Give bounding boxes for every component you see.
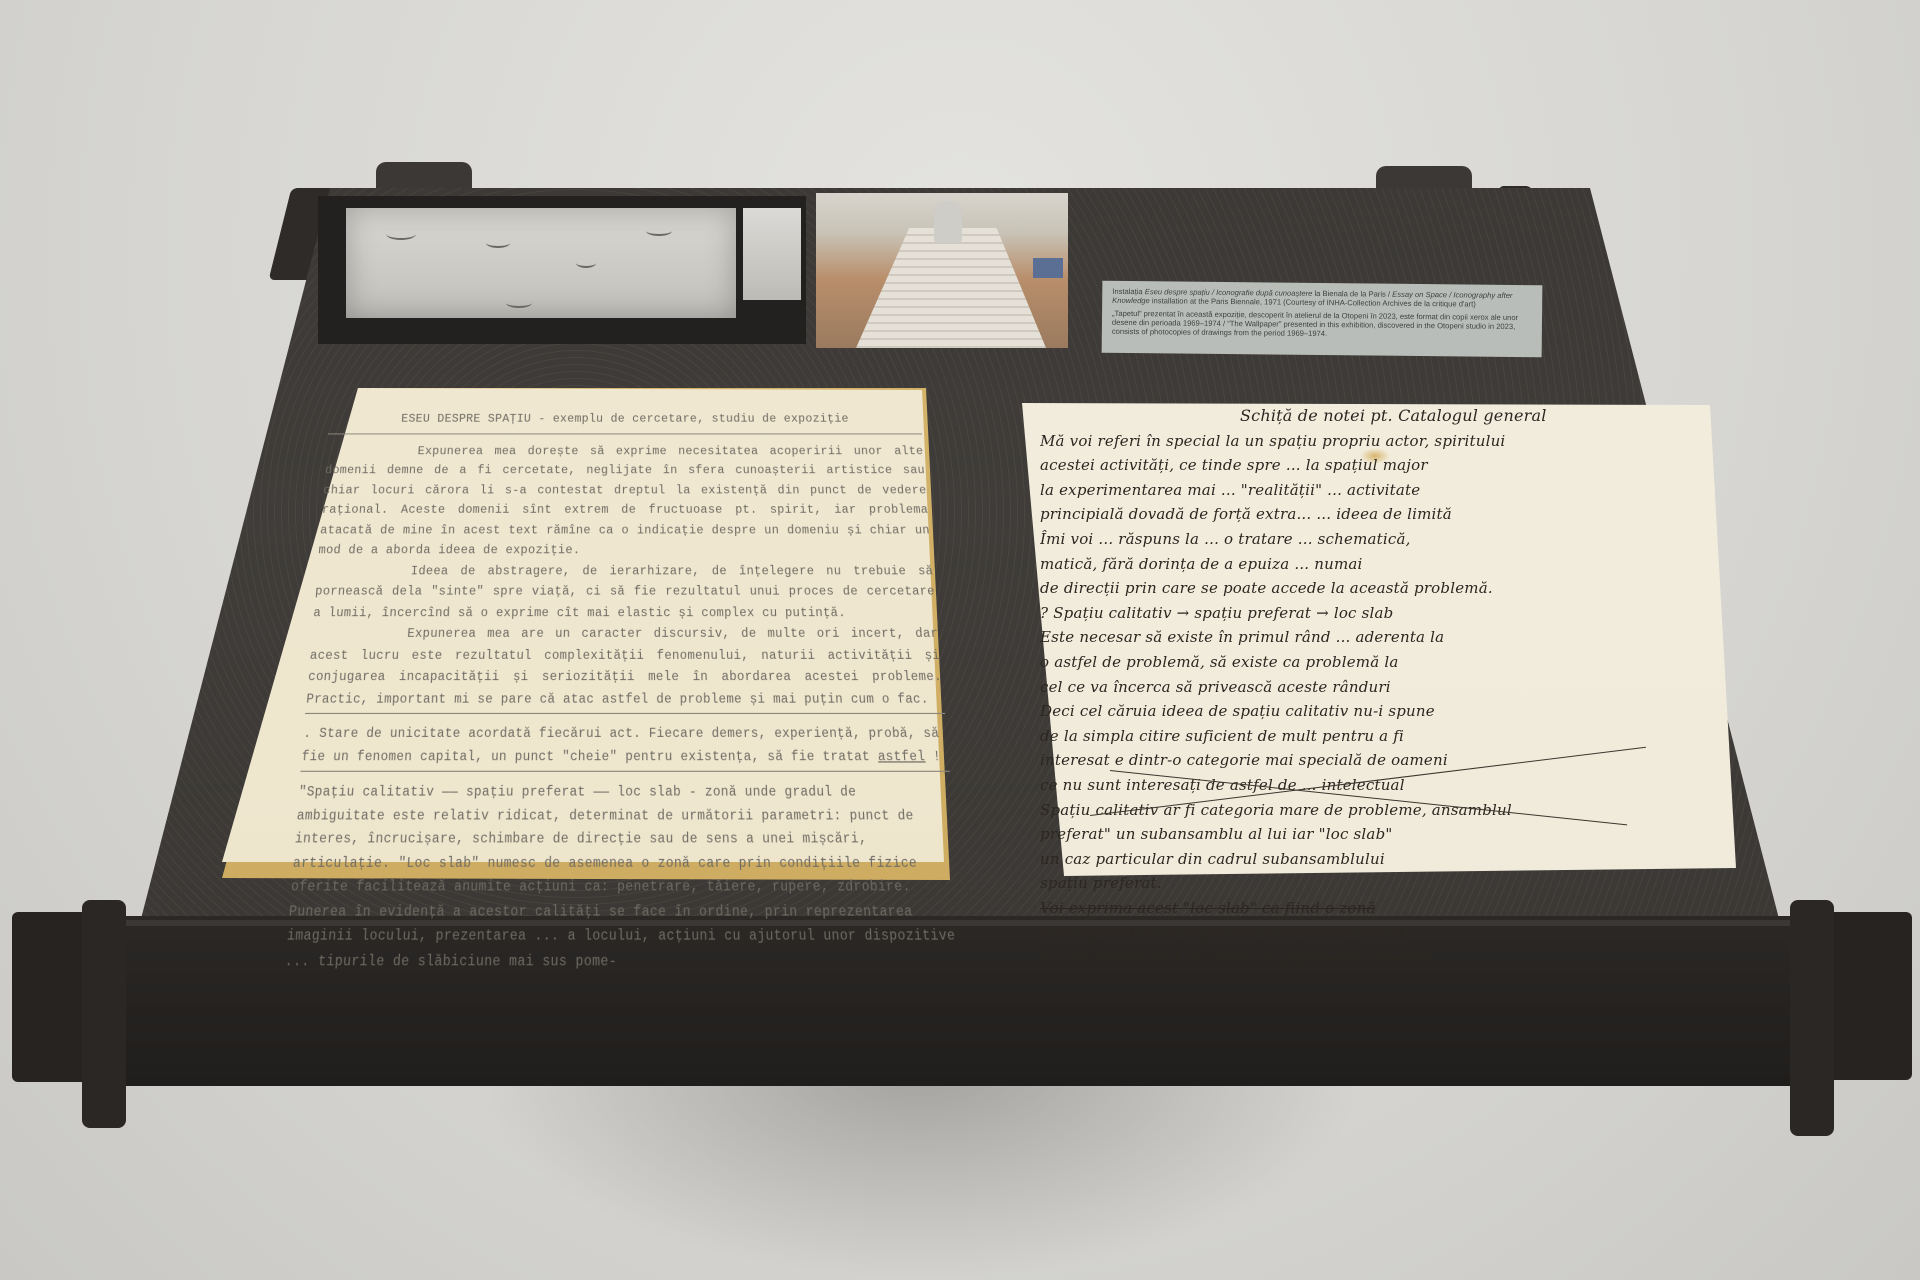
handwritten-line: acestei activități, ce tinde spre ... la…: [1040, 453, 1730, 478]
handwritten-line: ce nu sunt interesați de astfel de ... i…: [1040, 773, 1730, 798]
vitrine-back-tab-left: [376, 162, 472, 192]
handwritten-line: ? Spațiu calitativ → spațiu preferat → l…: [1040, 601, 1730, 626]
handwritten-line-struck: Voi exprima acest "loc slab" ca fiind o …: [1040, 896, 1730, 921]
handwritten-line-struck: unde gradul de ambiguitate este relativ …: [1040, 920, 1730, 945]
handwritten-line: Este necesar să existe în primul rând ..…: [1040, 625, 1730, 650]
handwritten-draft-text: Schiță de notei pt. Catalogul general Mă…: [1040, 404, 1730, 970]
typed-manuscript-text: ESEU DESPRE SPAȚIU - exemplu de cercetar…: [283, 410, 966, 980]
section-rule: [305, 713, 945, 714]
handwritten-line: spațiu preferat.: [1040, 871, 1730, 896]
handwritten-line: un caz particular din cadrul subansamblu…: [1040, 847, 1730, 872]
handwritten-line-struck: și este determinat de astfel de parametr…: [1040, 945, 1730, 970]
caption-label: Instalația Eseu despre spațiu / Iconogra…: [1102, 281, 1543, 358]
typed-title: ESEU DESPRE SPAȚIU - exemplu de cercetar…: [328, 410, 921, 429]
studio-photo-color: [816, 193, 1068, 348]
handwritten-line: Deci cel căruia ideea de spațiu calitati…: [1040, 699, 1730, 724]
label-para-1: Instalația Eseu despre spațiu / Iconogra…: [1112, 287, 1532, 309]
typed-section-3: "Spațiu calitativ —— spațiu preferat —— …: [283, 781, 966, 979]
handwritten-line: o astfel de problemă, să existe ca probl…: [1040, 650, 1730, 675]
title-rule: [328, 433, 922, 434]
typed-section-2: . Stare de unicitate acordată fiecărui a…: [301, 723, 950, 768]
section-rule: [300, 771, 949, 772]
handwritten-line: principială dovadă de forță extra... ...…: [1040, 502, 1730, 527]
installation-photo-bw: [318, 196, 806, 344]
vitrine-leg-left: [82, 900, 126, 1128]
handwritten-title: Schiță de notei pt. Catalogul general: [1040, 404, 1730, 429]
typed-paragraph: Expunerea mea dorește să exprime necesit…: [318, 442, 933, 561]
handwritten-line: Îmi voi ... răspuns la ... o tratare ...…: [1040, 527, 1730, 552]
handwritten-line: de la simpla citire suficient de mult pe…: [1040, 724, 1730, 749]
wallpaper-drawings: [346, 208, 736, 318]
handwritten-line: la experimentarea mai ... "realității" .…: [1040, 478, 1730, 503]
label-para-2: „Tapetul” prezentat în această expoziție…: [1112, 309, 1532, 340]
typed-paragraph: Ideea de abstragere, de ierarhizare, de …: [313, 561, 938, 624]
vitrine-leg-right: [1790, 900, 1834, 1136]
handwritten-line: interesat e dintr-o categorie mai specia…: [1040, 748, 1730, 773]
typed-paragraph: Expunerea mea are un caracter discursiv,…: [305, 624, 944, 711]
standing-person: [934, 201, 962, 243]
handwritten-line: matică, fără dorința de a epuiza ... num…: [1040, 552, 1730, 577]
paper-roll: [856, 228, 1046, 348]
blue-floor-mat: [1033, 258, 1063, 278]
handwritten-line: de direcții prin care se poate accede la…: [1040, 576, 1730, 601]
handwritten-line: Mă voi referi în special la un spațiu pr…: [1040, 429, 1730, 454]
handwritten-line: cel ce va încerca să privească aceste râ…: [1040, 675, 1730, 700]
wallpaper-detail-sheet: [743, 208, 801, 300]
